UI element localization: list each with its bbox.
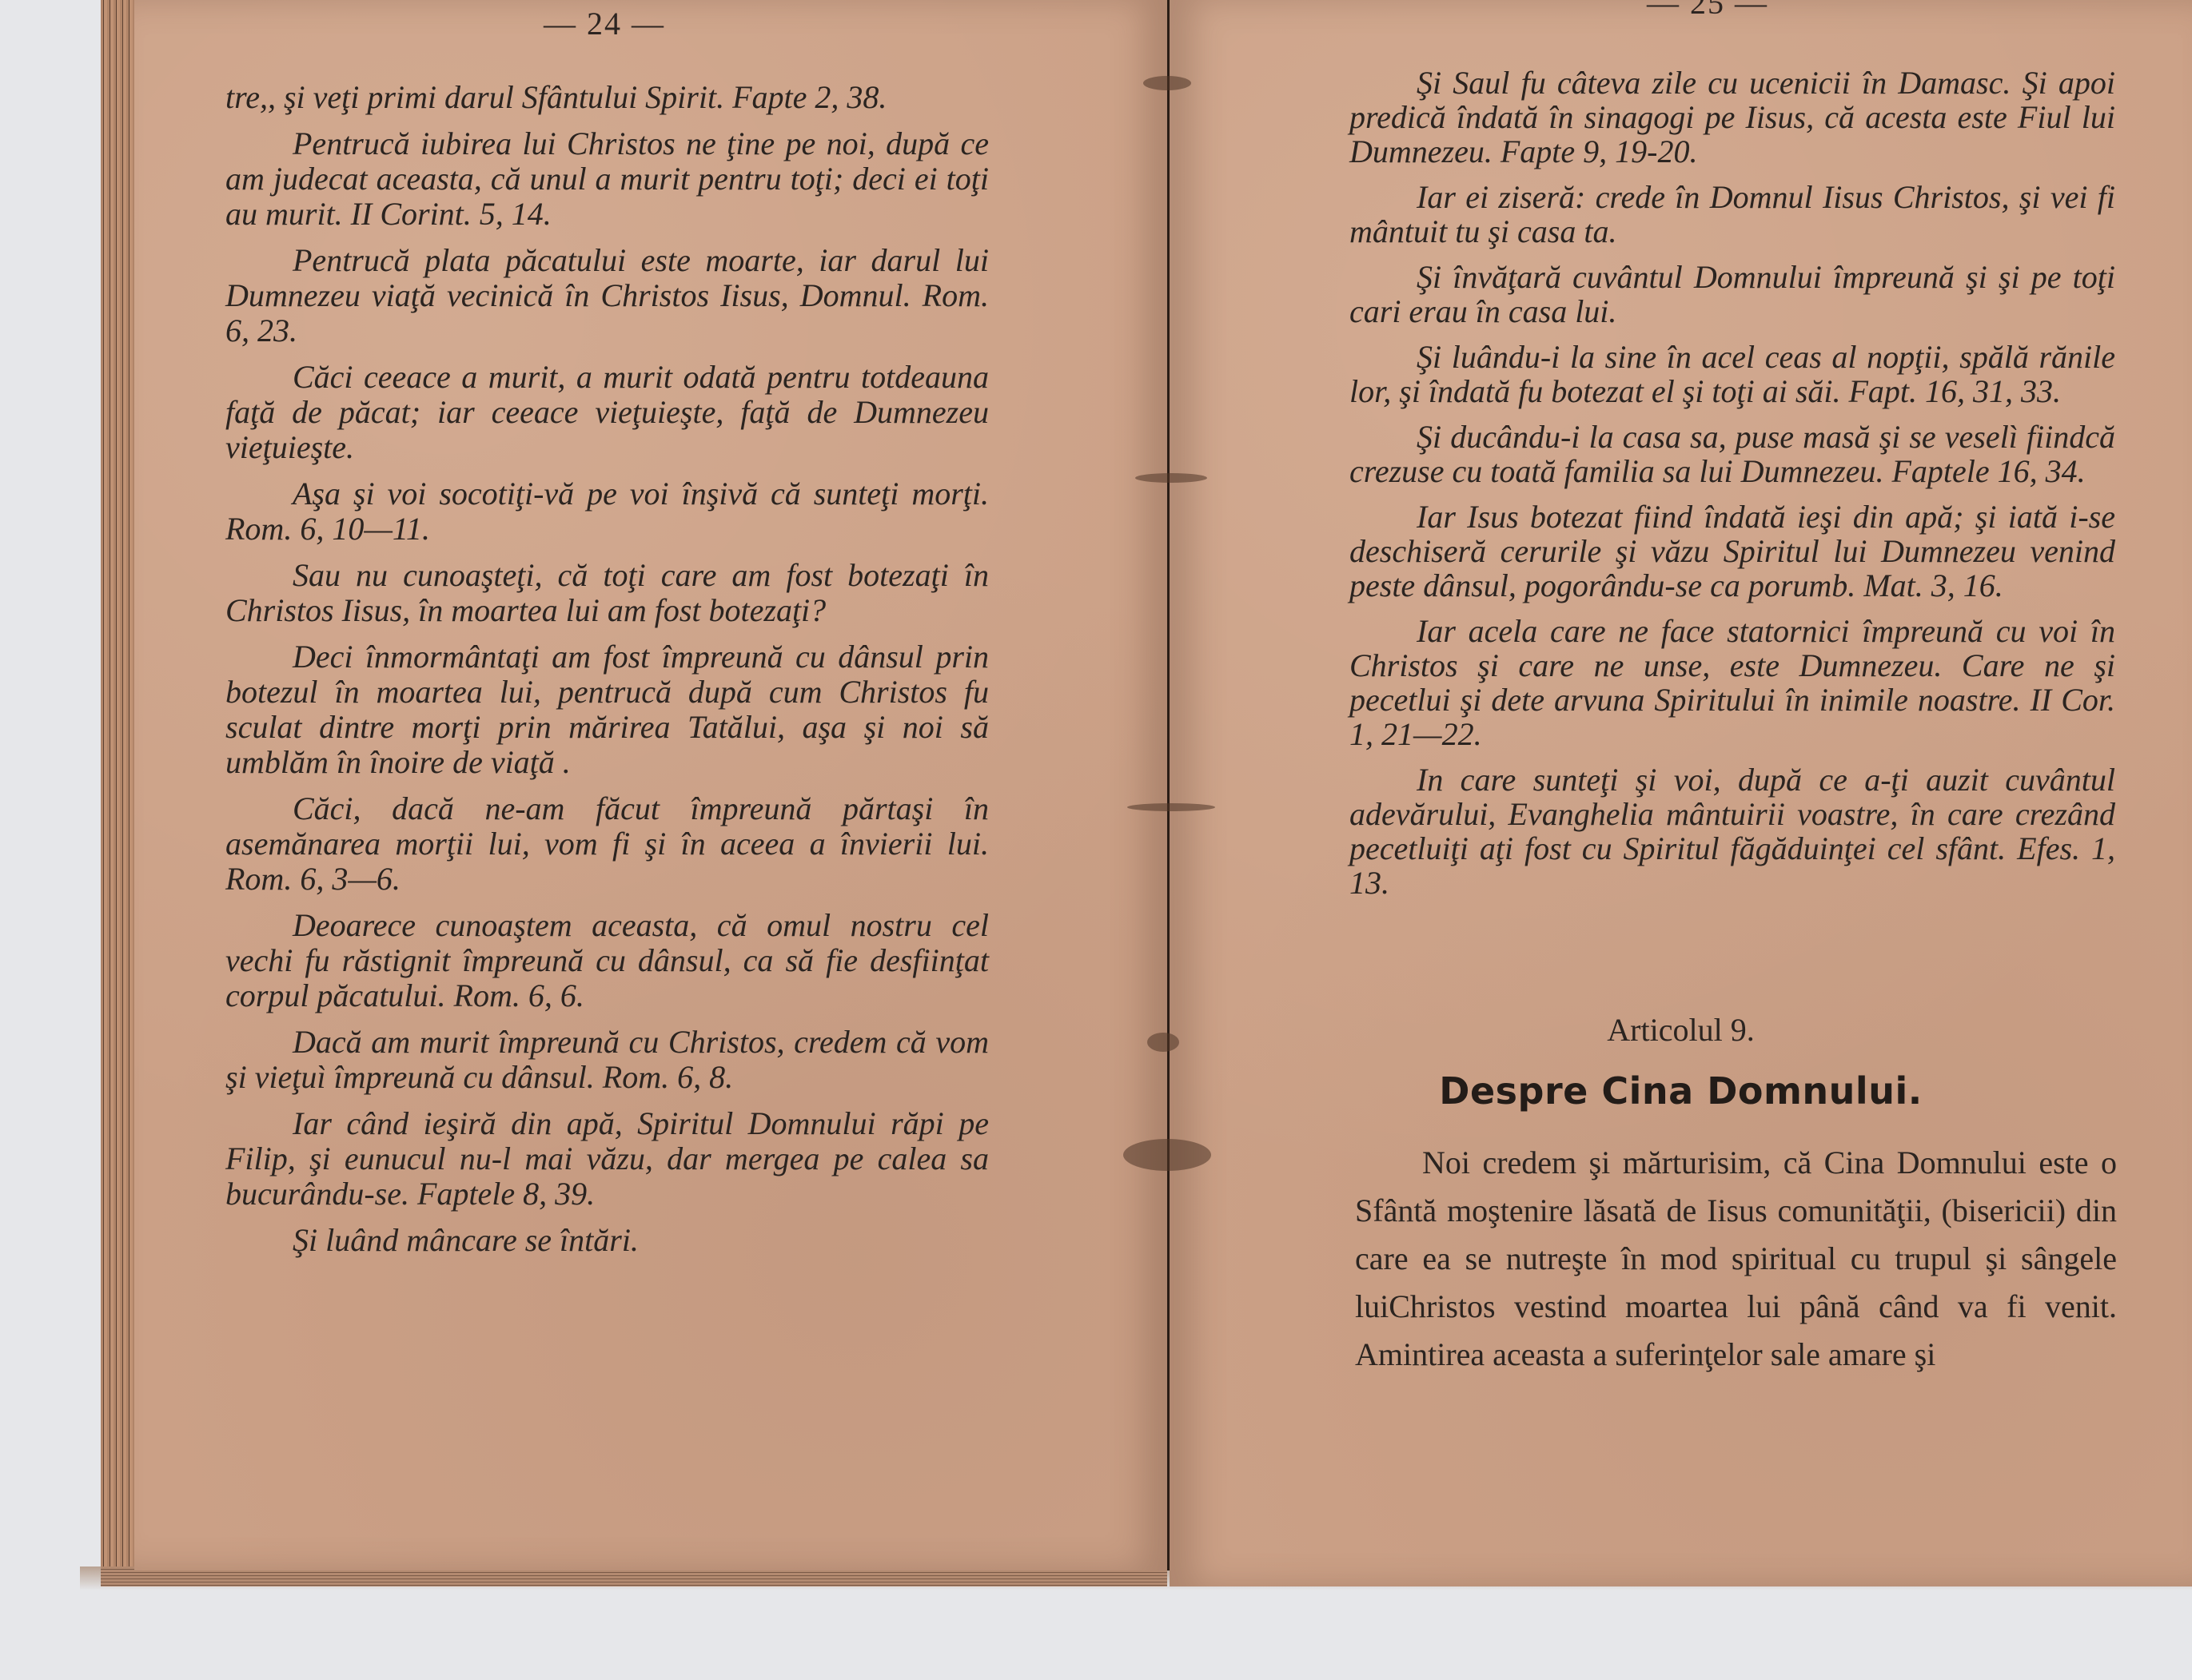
right-page-text: Şi Saul fu câteva zile cu ucenicii în Da… [1349,66,2115,911]
paragraph: Şi luându-i la sine în acel ceas al nopţ… [1349,340,2115,408]
page-edges [101,0,136,1582]
paragraph: Şi învăţară cuvântul Domnului împreună ş… [1349,260,2115,328]
left-page-number: — 24 — [544,5,665,42]
binding-stitch-mark [1143,76,1191,90]
paragraph: Iar Isus botezat fiind îndată ieşi din a… [1349,500,2115,603]
paragraph: tre,, şi veţi primi darul Sfântului Spir… [225,80,989,115]
binding-stitch-mark [1135,473,1207,483]
paragraph: Şi ducându-i la casa sa, puse masă şi se… [1349,420,2115,488]
binding-stitch-mark [1127,803,1215,811]
left-page-text: tre,, şi veţi primi darul Sfântului Spir… [225,80,989,1269]
paragraph: Şi Saul fu câteva zile cu ucenicii în Da… [1349,66,2115,169]
paragraph: Deci înmormântaţi am fost împreună cu dâ… [225,639,989,780]
right-page-number: — 25 — [1647,0,1768,22]
paragraph: Dacă am murit împreună cu Christos, cred… [225,1025,989,1095]
article-title: Despre Cina Domnului. [1170,1069,2192,1113]
paragraph: In care sunteţi şi voi, după ce a-ţi auz… [1349,762,2115,900]
article-body: Noi credem şi mărturisim, că Cina Domnul… [1355,1139,2117,1379]
paragraph: Pentrucă iubirea lui Christos ne ţine pe… [225,126,989,232]
paragraph: Deoarece cunoaştem aceasta, că omul nost… [225,908,989,1013]
article-paragraph: Noi credem şi mărturisim, că Cina Domnul… [1355,1139,2117,1379]
paragraph: Iar ei ziseră: crede în Domnul Iisus Chr… [1349,180,2115,249]
paragraph: Sau nu cunoaşteţi, că toţi care am fost … [225,558,989,628]
paragraph: Căci ceeace a murit, a murit odată pentr… [225,360,989,465]
paragraph: Şi luând mâncare se întări. [225,1223,989,1258]
article-number: Articolul 9. [1170,1011,2192,1049]
binding-stitch-mark [1123,1139,1211,1171]
paragraph: Iar acela care ne face statornici împreu… [1349,614,2115,751]
paragraph: Iar când ieşiră din apă, Spiritul Domnul… [225,1106,989,1212]
paragraph: Pentrucă plata păcatului este moarte, ia… [225,243,989,348]
paragraph: Aşa şi voi socotiţi-vă pe voi înşivă că … [225,476,989,547]
paragraph: Căci, dacă ne-am făcut împreună părtaşi … [225,791,989,897]
